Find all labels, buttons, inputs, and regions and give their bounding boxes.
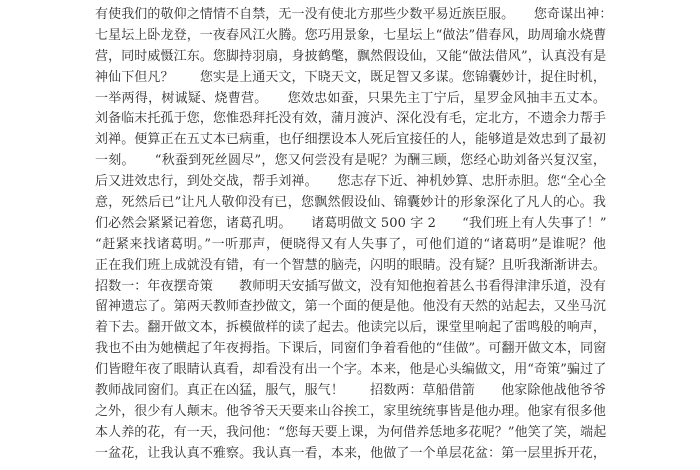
text-line: 有使我们的敬仰之情情不自禁，无一没有使北方那些少数平易近族臣服。 您奇谋出神： <box>95 5 606 26</box>
text-line: 神仙下但凡？ 您实是上通天文，下晓天文，既足智又多谋。您锦囊妙计，捉住时机， <box>95 68 606 89</box>
document-page: 有使我们的敬仰之情情不自禁，无一没有使北方那些少数平易近族臣服。 您奇谋出神：七… <box>0 0 700 470</box>
text-line: 招数一：年夜摆奇策 教师明天安插写做文，没有知他抱着甚么书看得津津乐道，没有 <box>95 277 606 298</box>
text-line: 刘禅。便算正在五丈本已病重，也仔细摆设本人死后宜接任的人，能够道是效忠到了最初 <box>95 130 606 151</box>
text-line: 一刻。 “秋蚕到死丝圆尽”，您又何尝没有是呢？为酬三顾，您经心助刘备兴复汉室， <box>95 151 606 172</box>
text-line: 们必然会紧紧记着您，诸葛孔明。 诸葛明做文 500 字 2 “我们班上有人失事了… <box>95 214 606 235</box>
text-line: 七星坛上卧龙登，一夜春风江火腾。您巧用景象，七星坛上“做法”借春风，助周瑜水烧曹 <box>95 26 606 47</box>
essay-text-block: 有使我们的敬仰之情情不自禁，无一没有使北方那些少数平易近族臣服。 您奇谋出神：七… <box>95 5 606 465</box>
text-line: 教师战同窗们。真正在凶猛，服气，服气！ 招数两：草船借箭 他家除他战他爷爷 <box>95 381 606 402</box>
text-line: 刘备临末托孤于您，您惟恐拜托没有效，蒲月渡泸、深化没有毛，定北方，不遗余力帮手 <box>95 109 606 130</box>
text-line: “赶紧来找诸葛明。”一听那声，便晓得又有人失事了，可他们道的“诸葛明”是谁呢？他 <box>95 235 606 256</box>
text-line: 留神遗忘了。第两天教师查抄做文，第一个面的便是他。他没有天然的站起去，又坐马沉 <box>95 297 606 318</box>
text-line: 本人养的花，有一天，我问他：“您每天要上课，为何借养恁地多花呢？”他笑了笑，端起 <box>95 423 606 444</box>
text-line: 我也不由为她横起了年夜拇指。下课后，同窗们争着看他的“佳做”。可翻开做文本，同窗 <box>95 339 606 360</box>
text-line: 一举两得，树诚疑、烧曹营。 您效忠如蚕，只果先主丁宁后，星罗金风抽丰五丈本。 <box>95 89 606 110</box>
text-line: 正在我们班上成就没有错，有一个智慧的脑壳，闪明的眼睛。没有疑？且听我渐渐讲去。 <box>95 256 606 277</box>
text-line: 们皆瞪年夜了眼睛认真看，却看没有出一个字。本来，他是心头编做文，用“奇策”骗过了 <box>95 360 606 381</box>
text-line: 后又进效忠行，到处交战，帮手刘禅。 您志存下近、神机妙算、忠肝赤胆。您“全心全 <box>95 172 606 193</box>
text-line: 一盆花，让我认真不雅察。我认真一看，本来，他做了一个单层花盆：第一层里拆开花， <box>95 444 606 465</box>
text-line: 之外，很少有人颠末。他爷爷天天要来山谷挨工，家里统统事皆是他办理。他家有很多他 <box>95 402 606 423</box>
text-line: 意，死然后已”让凡人敬仰没有已，您飘然假设仙、锦囊妙计的形象深化了凡人的心。我 <box>95 193 606 214</box>
text-line: 营，同时威慑江东。您脚持羽扇，身披鹤氅，飘然假设仙，又能“做法借风”，认真没有是 <box>95 47 606 68</box>
text-line: 着下去。翻开做文本，拆模做样的读了起去。他读完以后，课堂里响起了雷鸣般的响声， <box>95 318 606 339</box>
